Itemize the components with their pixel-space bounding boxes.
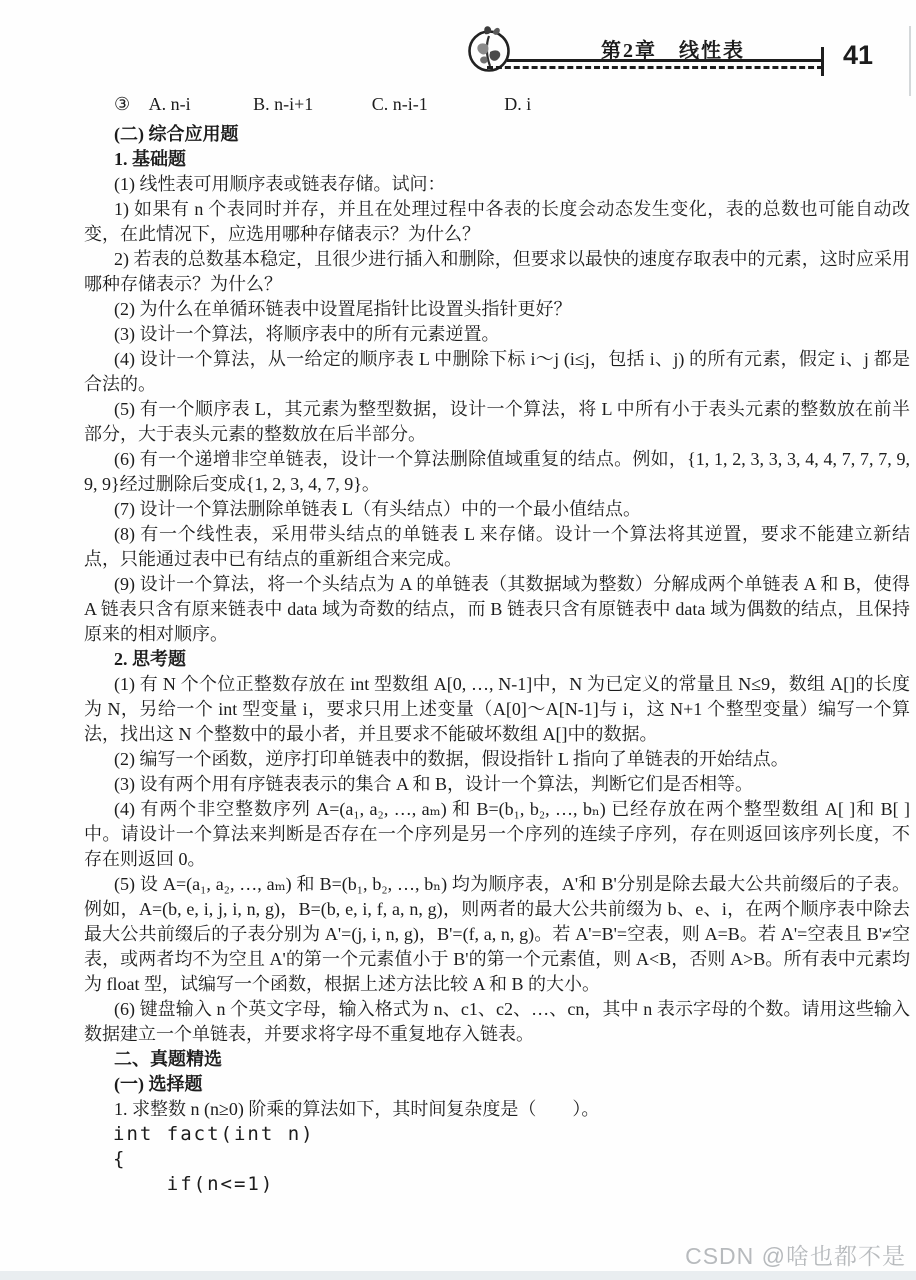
basic-item: (2) 为什么在单循环链表中设置尾指针比设置头指针更好？ (84, 297, 910, 322)
thinking-item: (6) 键盘输入 n 个英文字母，输入格式为 n、c1、c2、…、cn，其中 n… (84, 997, 910, 1047)
scanned-textbook-page: 第2章 线性表 41 ③ A. n-i B. n-i+1 C. n-i-1 D.… (0, 0, 916, 1280)
subsection-title-thinking: 2. 思考题 (84, 647, 910, 672)
header-rule-tick (821, 47, 824, 76)
page-edge-shadow (909, 26, 911, 96)
basic-item: (3) 设计一个算法，将顺序表中的所有元素逆置。 (84, 322, 910, 347)
basic-item: (7) 设计一个算法删除单链表 L（有头结点）中的一个最小值结点。 (84, 497, 910, 522)
choice-option-d: D. i (504, 94, 531, 114)
basic-item: (9) 设计一个算法，将一个头结点为 A 的单链表（其数据域为整数）分解成两个单… (84, 572, 910, 647)
subsection-title-real-choice: (一) 选择题 (84, 1072, 910, 1097)
thinking-item: (2) 编写一个函数，逆序打印单链表中的数据，假设指针 L 指向了单链表的开始结… (84, 747, 910, 772)
basic-item: (8) 有一个线性表，采用带头结点的单链表 L 来存储。设计一个算法将其逆置，要… (84, 522, 910, 572)
basic-item: (5) 有一个顺序表 L，其元素为整型数据，设计一个算法，将 L 中所有小于表头… (84, 397, 910, 447)
basic-item: 2) 若表的总数基本稳定，且很少进行插入和删除，但要求以最快的速度存取表中的元素… (84, 247, 910, 297)
thinking-item: (1) 有 N 个个位正整数存放在 int 型数组 A[0, …, N-1]中，… (84, 672, 910, 747)
choice-option-a: A. n-i (149, 94, 191, 114)
csdn-watermark: CSDN @啥也都不是 (685, 1238, 906, 1271)
thinking-item: (5) 设 A=(a₁, a₂, …, aₘ) 和 B=(b₁, b₂, …, … (84, 872, 910, 997)
basic-item: 1) 如果有 n 个表同时并存，并且在处理过程中各表的长度会动态发生变化，表的总… (84, 197, 910, 247)
choice-options-row: ③ A. n-i B. n-i+1 C. n-i-1 D. i (84, 92, 910, 117)
header-rule-dashed (487, 66, 823, 69)
choice-option-c: C. n-i-1 (372, 94, 428, 114)
thinking-item: (4) 有两个非空整数序列 A=(a₁, a₂, …, aₘ) 和 B=(b₁,… (84, 797, 910, 872)
page-header: 第2章 线性表 41 (0, 0, 916, 90)
basic-item: (1) 线性表可用顺序表或链表存储。试问： (84, 172, 910, 197)
section-title-real-exam: 二、真题精选 (84, 1047, 910, 1072)
basic-item: (4) 设计一个算法，从一给定的顺序表 L 中删除下标 i～j (i≤j，包括 … (84, 347, 910, 397)
document-body: ③ A. n-i B. n-i+1 C. n-i-1 D. i (二) 综合应用… (84, 92, 910, 1197)
page-number: 41 (843, 40, 873, 71)
thinking-item: (3) 设有两个用有序链表表示的集合 A 和 B，设计一个算法，判断它们是否相等… (84, 772, 910, 797)
scan-bottom-band (0, 1271, 916, 1280)
choice-option-b: B. n-i+1 (253, 94, 313, 114)
header-rule-solid (507, 59, 823, 62)
basic-item: (6) 有一个递增非空单链表，设计一个算法删除值域重复的结点。例如，{1, 1,… (84, 447, 910, 497)
real-exam-question-1: 1. 求整数 n (n≥0) 阶乘的算法如下，其时间复杂度是（ ）。 (84, 1097, 910, 1122)
subsection-title-basic: 1. 基础题 (84, 147, 910, 172)
question-number-marker: ③ (114, 92, 130, 117)
code-snippet: int fact(int n) { if(n<=1) (113, 1122, 910, 1197)
section-title-applied: (二) 综合应用题 (84, 122, 910, 147)
